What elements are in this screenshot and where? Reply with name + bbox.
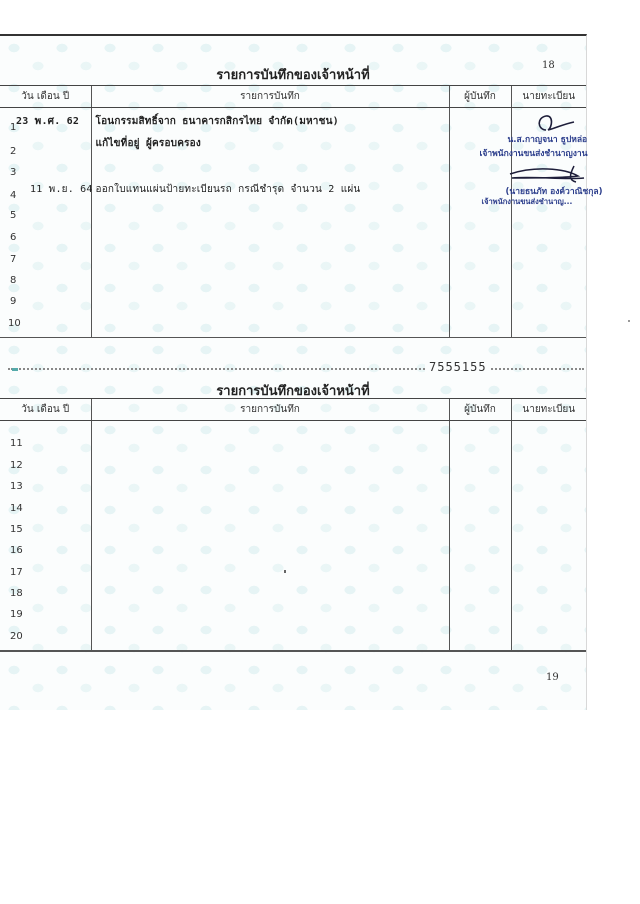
recorder-column xyxy=(449,108,511,338)
column-header-date: วัน เดือน ปี xyxy=(0,399,91,421)
row-number: 20 xyxy=(10,631,23,642)
record-page-19: 7555155 รายการบันทึกของเจ้าหน้าที่ วัน เ… xyxy=(0,338,587,710)
row-number: 12 xyxy=(10,460,23,471)
row-number: 2 xyxy=(10,146,16,157)
serial-number: 7555155 xyxy=(425,360,491,374)
recorder-column xyxy=(449,421,511,651)
stamp-title: เจ้าพนักงานขนส่งชำนาญงาน xyxy=(480,146,588,160)
date-column: 1 2 3 4 5 6 7 8 9 10 23 พ.ศ. 62 11 พ.ย. … xyxy=(0,108,91,338)
records-table: วัน เดือน ปี รายการบันทึก ผู้บันทึก นายท… xyxy=(0,398,586,652)
stamp-name: น.ส.กาญจนา ธูปหล่อ xyxy=(508,132,588,146)
row-number: 7 xyxy=(10,254,16,265)
column-header-registrar: นายทะเบียน xyxy=(511,399,586,421)
row-number: 15 xyxy=(10,524,23,535)
signature-mark xyxy=(504,164,588,186)
entry-text: โอนกรรมสิทธิ์จาก ธนาคารกสิกรไทย จำกัด(มห… xyxy=(96,114,339,129)
row-number: 6 xyxy=(10,232,16,243)
row-number: 10 xyxy=(8,318,21,329)
section-title: รายการบันทึกของเจ้าหน้าที่ xyxy=(0,64,586,85)
row-number: 14 xyxy=(10,503,23,514)
scan-speck xyxy=(628,320,630,322)
row-number: 17 xyxy=(10,567,23,578)
row-number: 11 xyxy=(10,438,23,449)
entry-column: โอนกรรมสิทธิ์จาก ธนาคารกสิกรไทย จำกัด(มห… xyxy=(91,108,449,338)
ink-speck xyxy=(12,368,18,371)
column-header-recorder: ผู้บันทึก xyxy=(449,86,511,108)
registrar-column xyxy=(511,421,586,651)
registrar-column: น.ส.กาญจนา ธูปหล่อ เจ้าพนักงานขนส่งชำนาญ… xyxy=(511,108,586,338)
row-number: 5 xyxy=(10,210,16,221)
row-number: 8 xyxy=(10,275,16,286)
row-number: 18 xyxy=(10,588,23,599)
date-column: 11 12 13 14 15 16 17 18 19 20 xyxy=(0,421,91,651)
stamp-title: เจ้าพนักงานขนส่งชำนาญ... xyxy=(482,196,573,208)
ink-speck xyxy=(284,570,286,573)
row-number: 4 xyxy=(10,190,16,201)
record-page-18: รายการบันทึกของเจ้าหน้าที่ 18 วัน เดือน … xyxy=(0,34,587,340)
dotted-separator xyxy=(8,368,584,370)
row-number: 19 xyxy=(10,609,23,620)
row-number: 3 xyxy=(10,167,16,178)
column-header-entry: รายการบันทึก xyxy=(91,86,449,108)
entry-text: ออกใบแทนแผ่นป้ายทะเบียนรถ กรณีชำรุด จำนว… xyxy=(96,182,361,197)
entry-date: 11 พ.ย. 64 xyxy=(30,182,93,197)
entry-column xyxy=(91,421,449,651)
row-number: 16 xyxy=(10,545,23,556)
column-header-registrar: นายทะเบียน xyxy=(511,86,586,108)
entry-date: 23 พ.ศ. 62 xyxy=(16,114,79,129)
column-header-date: วัน เดือน ปี xyxy=(0,86,91,108)
row-number: 9 xyxy=(10,296,16,307)
entry-text: แก้ไขที่อยู่ ผู้ครอบครอง xyxy=(96,136,201,151)
signature-mark xyxy=(532,112,582,134)
page-number: 19 xyxy=(546,672,559,683)
records-table: วัน เดือน ปี รายการบันทึก ผู้บันทึก นายท… xyxy=(0,85,586,339)
row-number: 13 xyxy=(10,481,23,492)
column-header-entry: รายการบันทึก xyxy=(91,399,449,421)
page-number: 18 xyxy=(542,60,555,71)
column-header-recorder: ผู้บันทึก xyxy=(449,399,511,421)
